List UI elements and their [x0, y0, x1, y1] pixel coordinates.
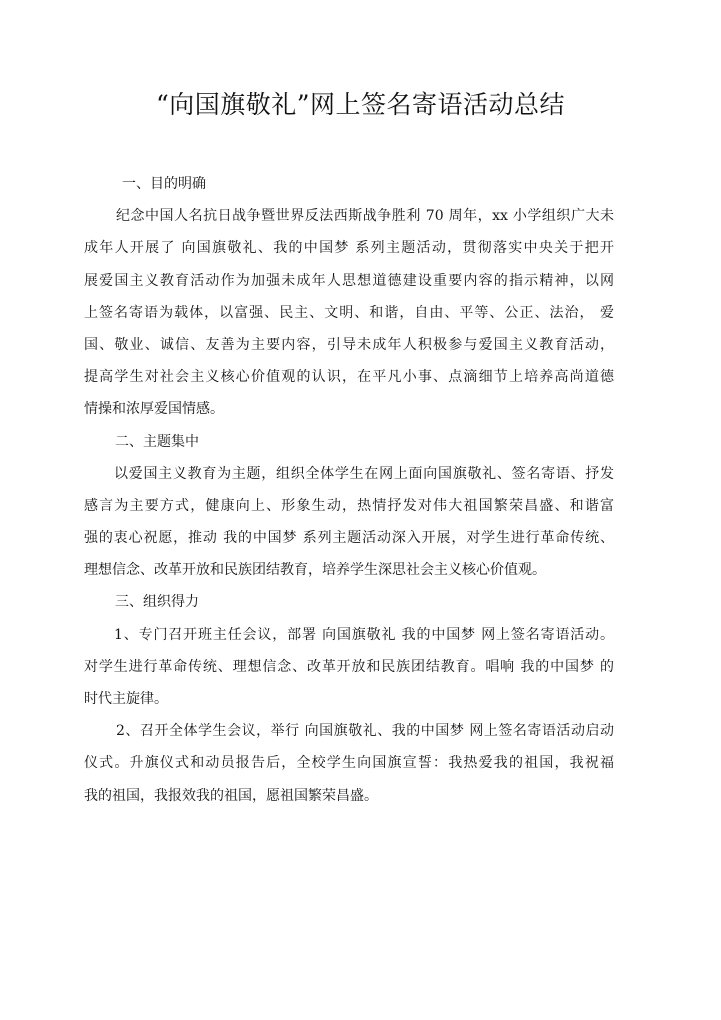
paragraph-line: 理想信念、改革开放和民族团结教育，培养学生深思社会主义核心价值观。 [84, 554, 614, 586]
paragraph-line: 成年人开展了 向国旗敬礼、我的中国梦 系列主题活动，贯彻落实中央关于把开 [84, 232, 614, 264]
paragraph-line: 2、召开全体学生会议，举行 向国旗敬礼、我的中国梦 网上签名寄语活动启动 [84, 715, 614, 747]
paragraph-line: 展爱国主义教育活动作为加强未成年人思想道德建设重要内容的指示精神，以网 [84, 265, 614, 297]
section-heading-theme: 二、主题集中 [84, 426, 614, 458]
paragraph-line: 感言为主要方式，健康向上、形象生动，热情抒发对伟大祖国繁荣昌盛、和谐富 [84, 490, 614, 522]
paragraph-line: 时代主旋律。 [84, 683, 614, 715]
paragraph-line: 情操和浓厚爱国情感。 [84, 393, 614, 425]
paragraph-line: 强的衷心祝愿，推动 我的中国梦 系列主题活动深入开展，对学生进行革命传统、 [84, 522, 614, 554]
paragraph-line: 我的祖国，我报效我的祖国，愿祖国繁荣昌盛。 [84, 780, 614, 812]
paragraph-line: 1、专门召开班主任会议，部署 向国旗敬礼 我的中国梦 网上签名寄语活动。 [84, 619, 614, 651]
paragraph-line: 上签名寄语为载体，以富强、民主、文明、和谐，自由、平等、公正、法治， 爱 [84, 297, 614, 329]
document-title: “向国旗敬礼”网上签名寄语活动总结 [0, 88, 721, 122]
paragraph-line: 对学生进行革命传统、理想信念、改革开放和民族团结教育。唱响 我的中国梦 的 [84, 651, 614, 683]
paragraph-line: 提高学生对社会主义核心价值观的认识，在平凡小事、点滴细节上培养高尚道德 [84, 361, 614, 393]
document-body: 一、目的明确 纪念中国人名抗日战争暨世界反法西斯战争胜利 70 周年，xx 小学… [84, 168, 614, 812]
document-page: “向国旗敬礼”网上签名寄语活动总结 一、目的明确 纪念中国人名抗日战争暨世界反法… [0, 0, 721, 1020]
paragraph-line: 纪念中国人名抗日战争暨世界反法西斯战争胜利 70 周年，xx 小学组织广大未 [84, 200, 614, 232]
paragraph-line: 仪式。升旗仪式和动员报告后，全校学生向国旗宣誓：我热爱我的祖国，我祝福 [84, 747, 614, 779]
paragraph-line: 以爱国主义教育为主题，组织全体学生在网上面向国旗敬礼、签名寄语、抒发 [84, 458, 614, 490]
section-heading-organization: 三、组织得力 [84, 586, 614, 618]
section-heading-purpose: 一、目的明确 [84, 168, 614, 200]
paragraph-line: 国、敬业、诚信、友善为主要内容，引导未成年人积极参与爱国主义教育活动， [84, 329, 614, 361]
